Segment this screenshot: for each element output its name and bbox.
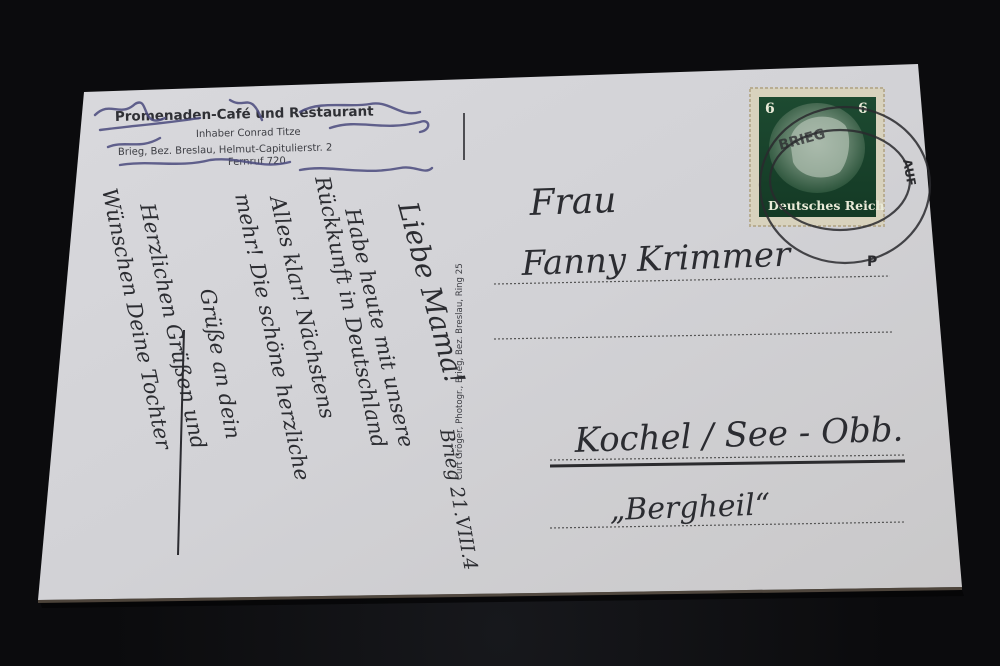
stamp-value-left: 6	[765, 101, 775, 117]
header-line-2: Inhaber Conrad Titze	[196, 127, 301, 140]
address-salutation: Frau	[528, 180, 617, 224]
postcard-scene: Promenaden-Café und Restaurant Inhaber C…	[0, 0, 1000, 666]
header-line-4: Fernruf 720	[228, 156, 286, 168]
postmark-letter: P	[867, 254, 877, 270]
address-house: „Bergheil“	[609, 487, 771, 528]
